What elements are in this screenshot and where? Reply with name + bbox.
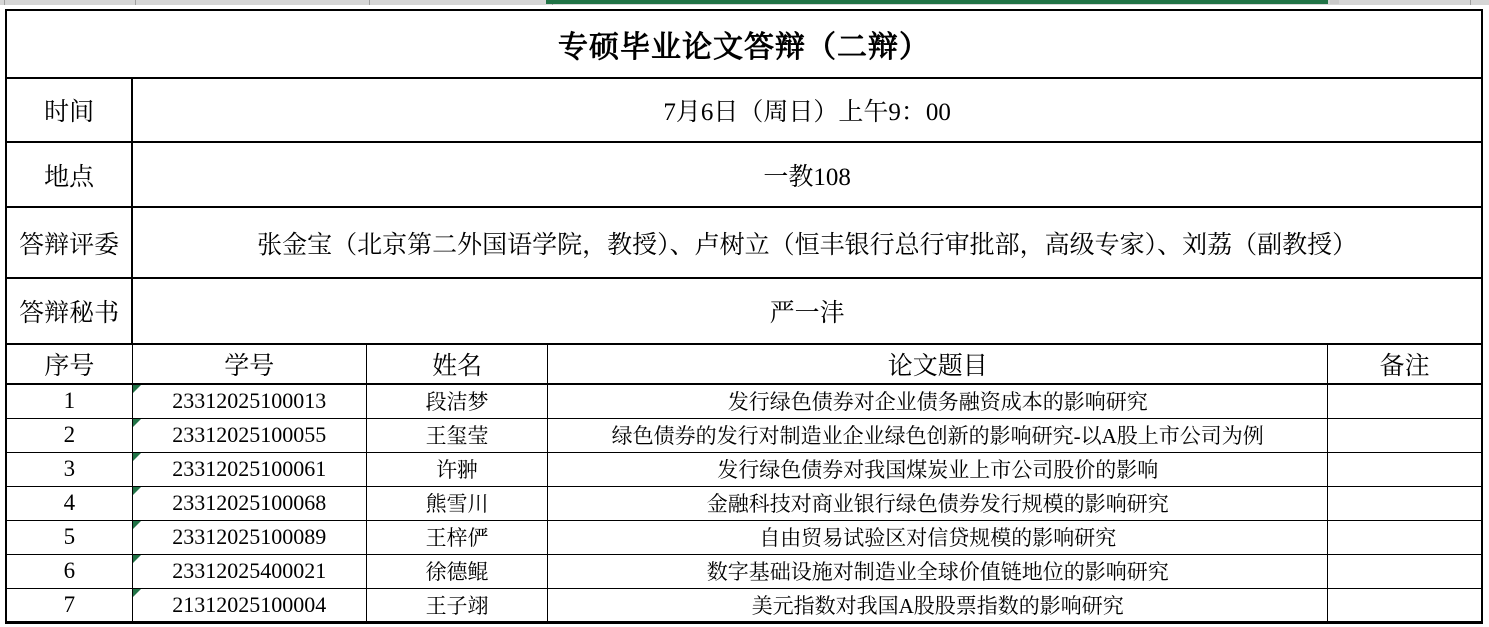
cell-thesis-title[interactable]: 美元指数对我国A股股票指数的影响研究	[548, 588, 1328, 622]
student-id-text: 23312025100055	[172, 422, 326, 447]
cell-name[interactable]: 许翀	[366, 452, 547, 486]
green-corner-triangle-icon	[133, 419, 141, 427]
cell-no[interactable]: 7	[6, 588, 132, 622]
info-value-secretary[interactable]: 严一沣	[132, 278, 1482, 344]
cell-remark[interactable]	[1328, 384, 1482, 418]
gridline-tick	[1470, 0, 1471, 5]
cell-student-id[interactable]: 21312025100004	[132, 588, 366, 622]
cell-remark[interactable]	[1328, 486, 1482, 520]
cell-thesis-title[interactable]: 金融科技对商业银行绿色债券发行规模的影响研究	[548, 486, 1328, 520]
table-title-cell[interactable]: 专硕毕业论文答辩（二辩）	[6, 10, 1482, 78]
green-corner-triangle-icon	[133, 521, 141, 529]
cell-remark[interactable]	[1328, 554, 1482, 588]
cell-student-id[interactable]: 23312025100089	[132, 520, 366, 554]
cell-name[interactable]: 徐德鲲	[366, 554, 547, 588]
cell-thesis-title[interactable]: 绿色债券的发行对制造业企业绿色创新的影响研究-以A股上市公司为例	[548, 418, 1328, 452]
column-header-thesis[interactable]: 论文题目	[548, 344, 1328, 384]
green-corner-triangle-icon	[133, 385, 141, 393]
table-row: 1 23312025100013 段洁梦 发行绿色债券对企业债务融资成本的影响研…	[6, 384, 1482, 418]
table-row: 3 23312025100061 许翀 发行绿色债券对我国煤炭业上市公司股价的影…	[6, 452, 1482, 486]
cell-no[interactable]: 6	[6, 554, 132, 588]
cell-remark[interactable]	[1328, 588, 1482, 622]
cell-no[interactable]: 5	[6, 520, 132, 554]
cell-no[interactable]: 3	[6, 452, 132, 486]
student-id-text: 23312025100013	[172, 388, 326, 413]
cell-thesis-title[interactable]: 数字基础设施对制造业全球价值链地位的影响研究	[548, 554, 1328, 588]
column-header-name[interactable]: 姓名	[366, 344, 547, 384]
gridline-tick	[369, 0, 370, 5]
cell-remark[interactable]	[1328, 452, 1482, 486]
cell-name[interactable]: 王梓俨	[366, 520, 547, 554]
table-row: 6 23312025400021 徐德鲲 数字基础设施对制造业全球价值链地位的影…	[6, 554, 1482, 588]
gridline-tick	[135, 0, 136, 5]
column-header-remark[interactable]: 备注	[1328, 344, 1482, 384]
student-id-text: 23312025400021	[172, 558, 326, 583]
cell-name[interactable]: 王子翊	[366, 588, 547, 622]
cell-thesis-title[interactable]: 发行绿色债券对我国煤炭业上市公司股价的影响	[548, 452, 1328, 486]
info-value-time[interactable]: 7月6日（周日）上午9：00	[132, 78, 1482, 142]
defense-schedule-table: 专硕毕业论文答辩（二辩） 时间 7月6日（周日）上午9：00 地点 一教108 …	[5, 9, 1483, 624]
info-label-committee[interactable]: 答辩评委	[6, 207, 132, 278]
cell-student-id[interactable]: 23312025100013	[132, 384, 366, 418]
student-id-text: 23312025100061	[172, 456, 326, 481]
cell-name[interactable]: 段洁梦	[366, 384, 547, 418]
info-label-time[interactable]: 时间	[6, 78, 132, 142]
green-corner-triangle-icon	[133, 589, 141, 597]
cell-thesis-title[interactable]: 自由贸易试验区对信贷规模的影响研究	[548, 520, 1328, 554]
selection-handle	[1330, 0, 1339, 4]
student-id-text: 21312025100004	[172, 592, 326, 617]
column-header-id[interactable]: 学号	[132, 344, 366, 384]
cell-student-id[interactable]: 23312025400021	[132, 554, 366, 588]
info-value-location[interactable]: 一教108	[132, 142, 1482, 207]
student-id-text: 23312025100068	[172, 490, 326, 515]
cell-student-id[interactable]: 23312025100068	[132, 486, 366, 520]
cell-name[interactable]: 熊雪川	[366, 486, 547, 520]
cell-thesis-title[interactable]: 发行绿色债券对企业债务融资成本的影响研究	[548, 384, 1328, 418]
cell-no[interactable]: 1	[6, 384, 132, 418]
cell-student-id[interactable]: 23312025100055	[132, 418, 366, 452]
green-corner-triangle-icon	[133, 453, 141, 461]
green-corner-triangle-icon	[133, 555, 141, 563]
info-label-location[interactable]: 地点	[6, 142, 132, 207]
info-label-secretary[interactable]: 答辩秘书	[6, 278, 132, 344]
cell-no[interactable]: 4	[6, 486, 132, 520]
table-row: 5 23312025100089 王梓俨 自由贸易试验区对信贷规模的影响研究	[6, 520, 1482, 554]
selection-border-green-bar	[546, 0, 1328, 4]
info-value-committee[interactable]: 张金宝（北京第二外国语学院，教授）、卢树立（恒丰银行总行审批部，高级专家）、刘荔…	[132, 207, 1482, 278]
gridline-tick	[4, 0, 5, 5]
excel-gridline-strip	[0, 0, 1489, 5]
cell-remark[interactable]	[1328, 418, 1482, 452]
cell-name[interactable]: 王玺莹	[366, 418, 547, 452]
cell-student-id[interactable]: 23312025100061	[132, 452, 366, 486]
green-corner-triangle-icon	[133, 487, 141, 495]
column-header-no[interactable]: 序号	[6, 344, 132, 384]
student-id-text: 23312025100089	[172, 524, 326, 549]
table-row: 7 21312025100004 王子翊 美元指数对我国A股股票指数的影响研究	[6, 588, 1482, 622]
table-row: 2 23312025100055 王玺莹 绿色债券的发行对制造业企业绿色创新的影…	[6, 418, 1482, 452]
cell-remark[interactable]	[1328, 520, 1482, 554]
cell-no[interactable]: 2	[6, 418, 132, 452]
table-row: 4 23312025100068 熊雪川 金融科技对商业银行绿色债券发行规模的影…	[6, 486, 1482, 520]
